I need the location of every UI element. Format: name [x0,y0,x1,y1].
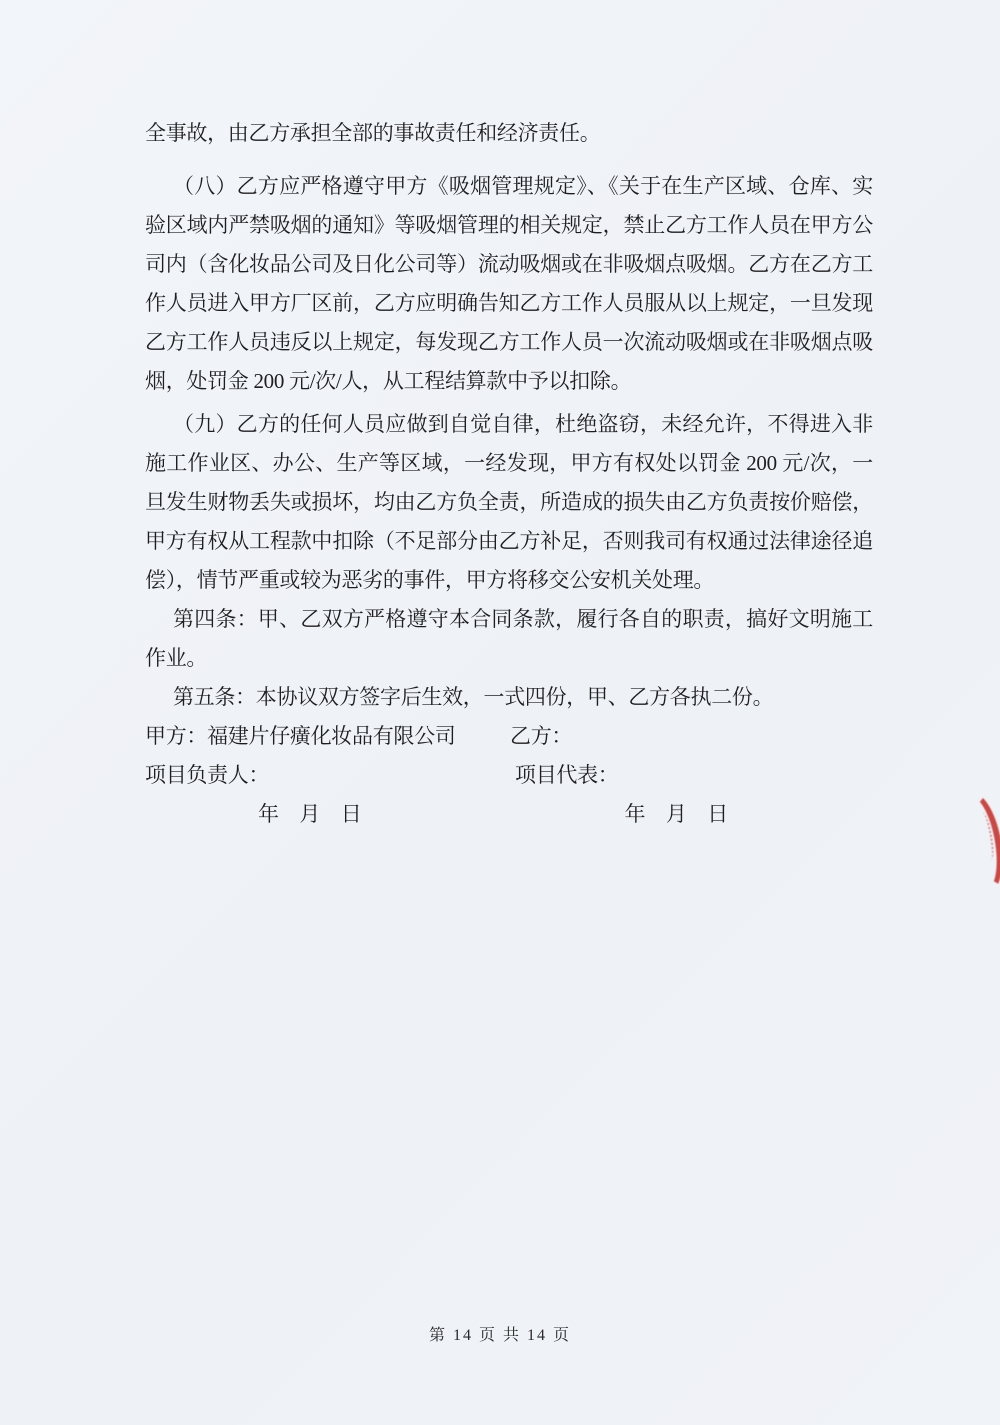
body-line: 作人员进入甲方厂区前，乙方应明确告知乙方工作人员服从以上规定，一旦发现 [145,284,873,323]
party-a-label: 甲方：福建片仔癀化妆品有限公司 [145,717,510,756]
project-rep-b-label: 项目代表： [515,756,619,795]
contract-page: 全事故，由乙方承担全部的事故责任和经济责任。 （八）乙方应严格遵守甲方《吸烟管理… [0,0,1000,1425]
body-line: （九）乙方的任何人员应做到自觉自律，杜绝盗窃，未经允许，不得进入非 [145,405,873,444]
body-line: 甲方有权从工程款中扣除（不足部分由乙方补足，否则我司有权通过法律途径追 [145,522,873,561]
body-line: （八）乙方应严格遵守甲方《吸烟管理规定》、《关于在生产区域、仓库、实 [145,167,873,206]
body-line: 施工作业区、办公、生产等区域，一经发现，甲方有权处以罚金 200 元/次，一 [145,444,873,483]
body-line: 验区域内严禁吸烟的通知》等吸烟管理的相关规定，禁止乙方工作人员在甲方公 [145,206,873,245]
party-b-label: 乙方： [510,717,572,756]
signature-row-managers: 项目负责人： 项目代表： [145,756,873,795]
date-line-party-b: 年 月 日 [625,795,729,834]
signature-row-dates: 年 月 日 年 月 日 [145,795,873,834]
body-line: 乙方工作人员违反以上规定，每发现乙方工作人员一次流动吸烟或在非吸烟点吸 [145,323,873,362]
project-manager-a-label: 项目负责人： [145,756,515,795]
body-line: 第四条：甲、乙双方严格遵守本合同条款，履行各自的职责，搞好文明施工 [145,600,873,639]
body-line: 司内（含化妆品公司及日化公司等）流动吸烟或在非吸烟点吸烟。乙方在乙方工 [145,245,873,284]
page-number: 第 14 页 共 14 页 [0,1322,1000,1345]
body-line: 旦发生财物丢失或损坏，均由乙方负全责，所造成的损失由乙方负责按价赔偿， [145,483,873,522]
date-line-party-a: 年 月 日 [258,795,362,834]
contract-body: 全事故，由乙方承担全部的事故责任和经济责任。 （八）乙方应严格遵守甲方《吸烟管理… [145,114,873,834]
red-seal-edge [947,788,1000,898]
body-line: 烟，处罚金 200 元/次/人，从工程结算款中予以扣除。 [145,362,873,401]
body-line: 偿），情节严重或较为恶劣的事件，甲方将移交公安机关处理。 [145,561,873,600]
body-line: 作业。 [145,639,873,678]
signature-row-parties: 甲方：福建片仔癀化妆品有限公司 乙方： [145,717,873,756]
body-line: 全事故，由乙方承担全部的事故责任和经济责任。 [145,114,873,153]
body-line: 第五条：本协议双方签字后生效，一式四份，甲、乙方各执二份。 [145,678,873,717]
